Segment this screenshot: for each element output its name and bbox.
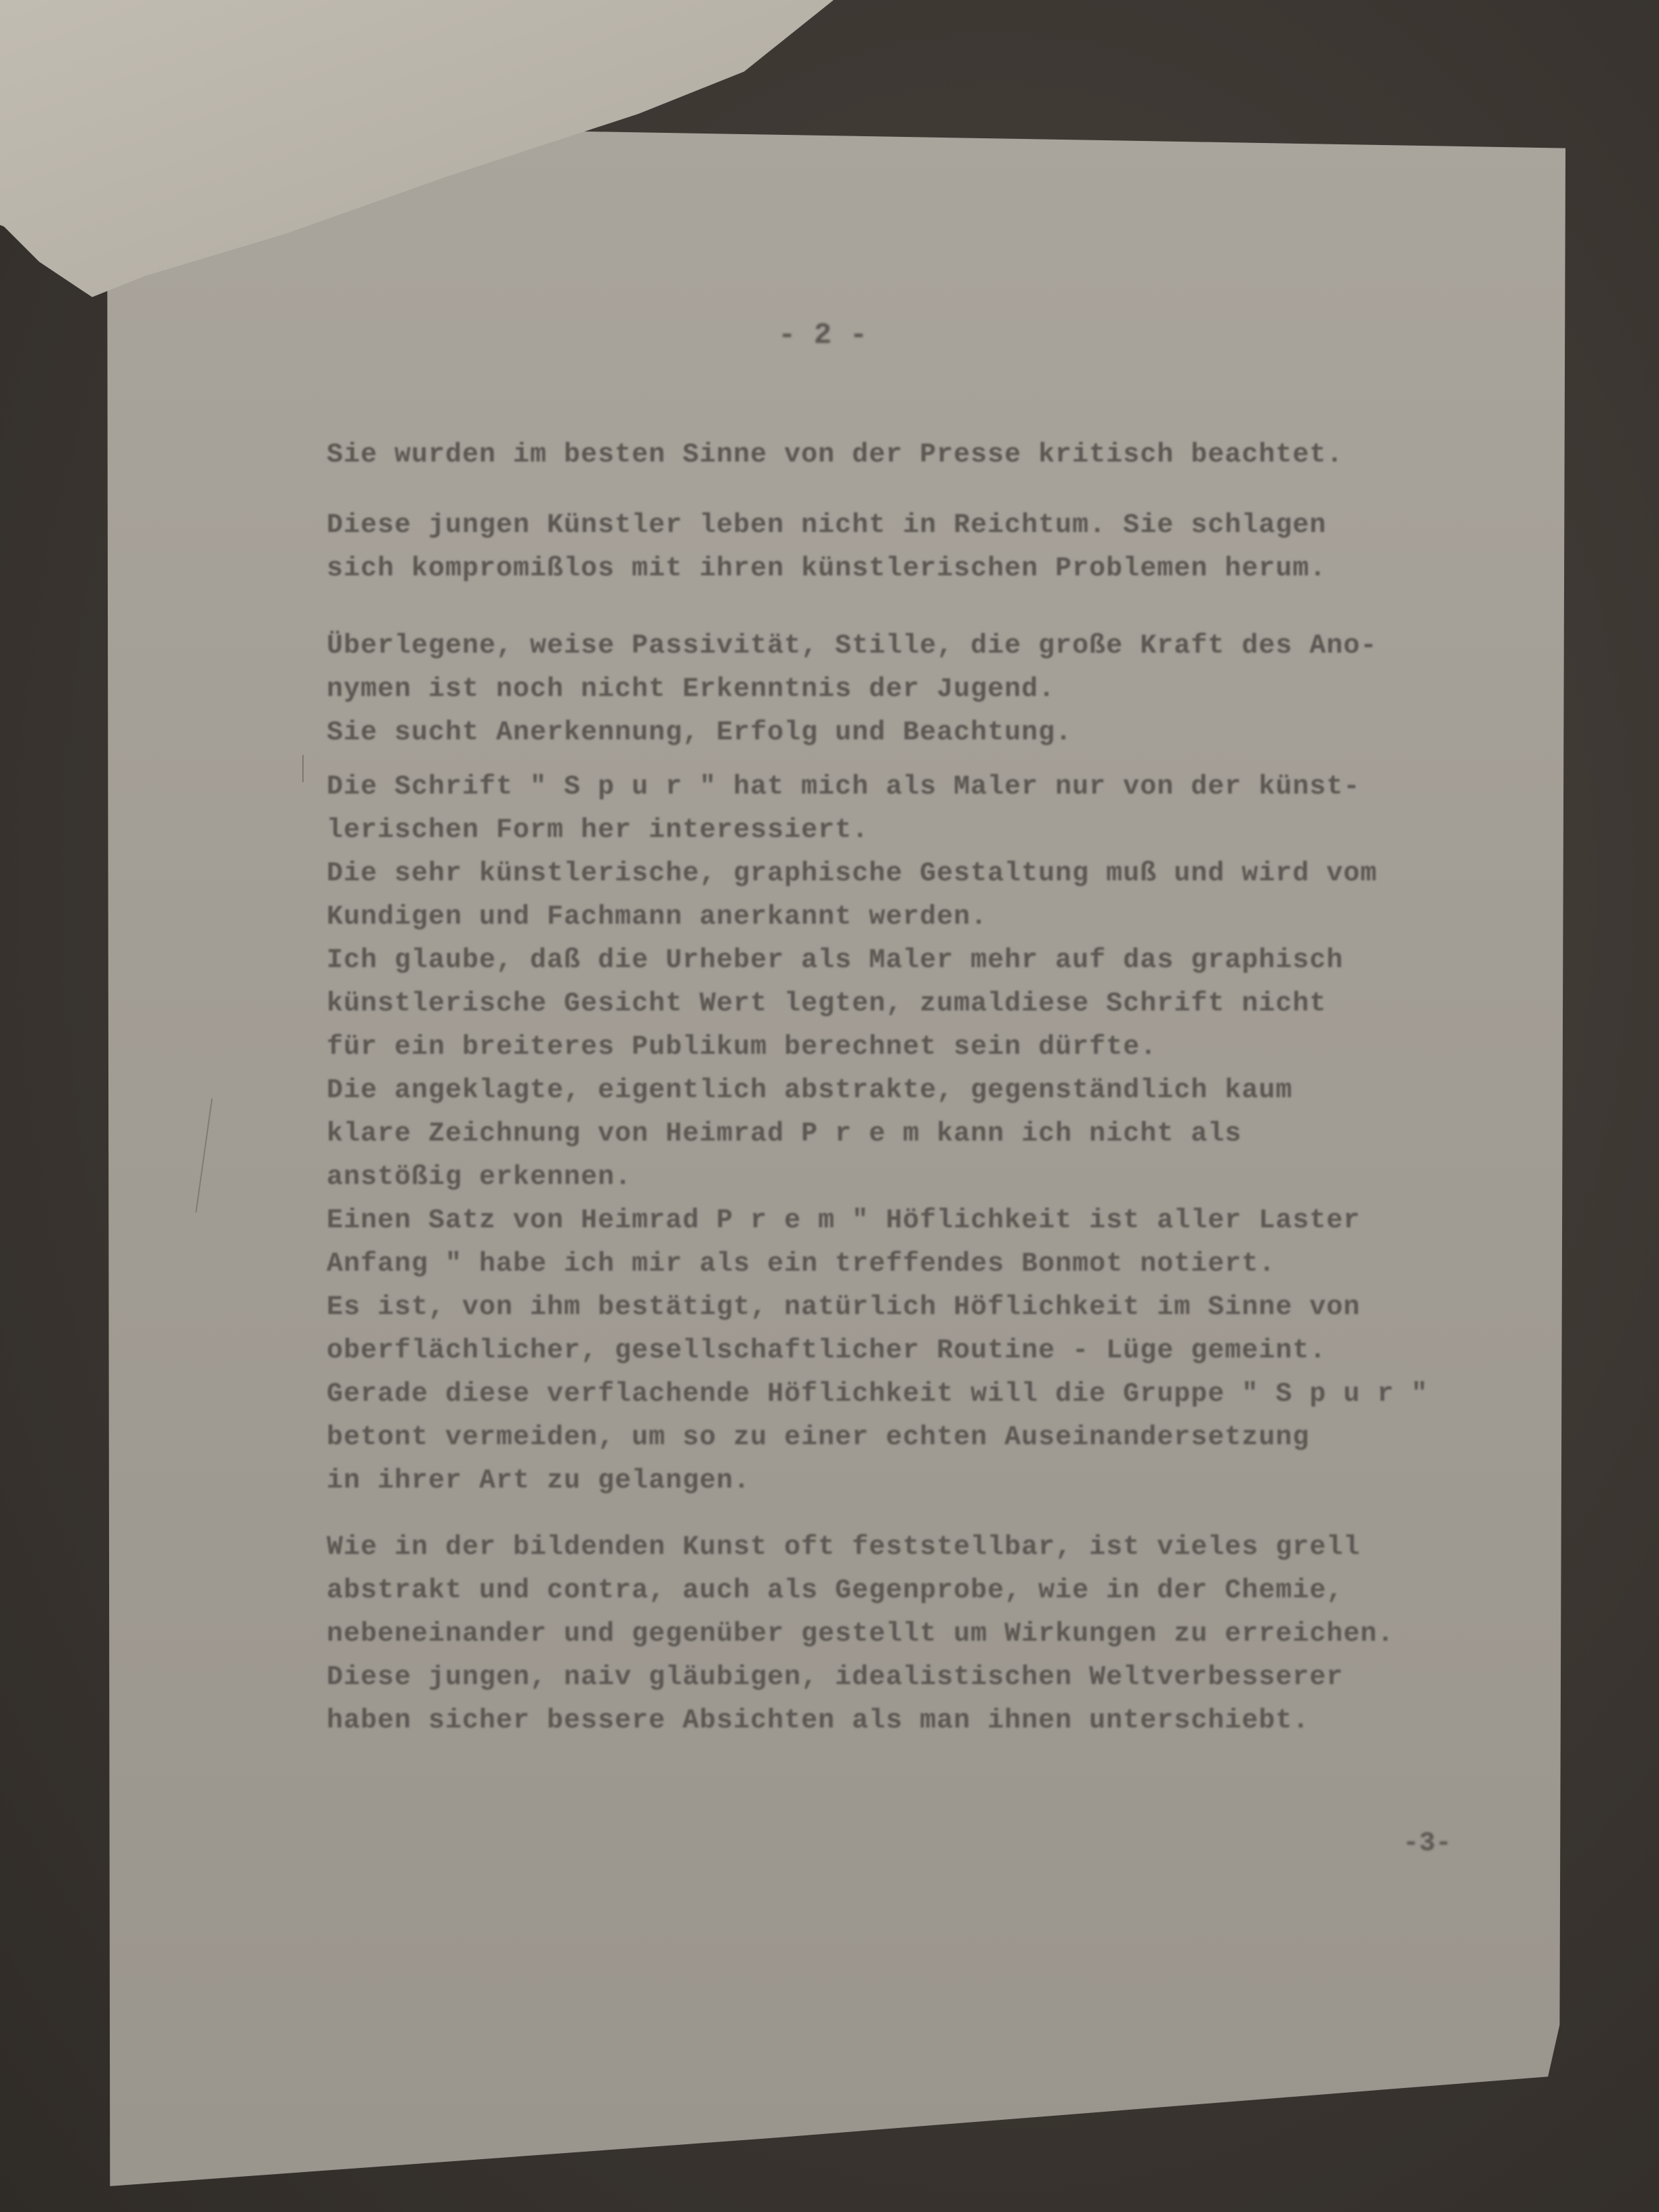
text-line: abstrakt und contra, auch als Gegenprobe… [327, 1570, 1394, 1613]
text-line: Kundigen und Fachmann anerkannt werden. [327, 896, 1428, 939]
text-line: oberflächlicher, gesellschaftlicher Rout… [327, 1330, 1428, 1373]
paragraph-1: Sie wurden im besten Sinne von der Press… [327, 434, 1343, 477]
text-line: sich kompromißlos mit ihren künstlerisch… [327, 548, 1326, 591]
text-line: für ein breiteres Publikum berechnet sei… [327, 1026, 1428, 1069]
paragraph-3: Überlegene, weise Passivität, Stille, di… [327, 625, 1377, 755]
text-line: Diese jungen, naiv gläubigen, idealistis… [327, 1656, 1394, 1700]
continuation-marker: -3- [1403, 1828, 1452, 1859]
text-line: nymen ist noch nicht Erkenntnis der Juge… [327, 668, 1377, 712]
text-line: künstlerische Gesicht Wert legten, zumal… [327, 983, 1428, 1026]
pencil-margin-mark [302, 755, 304, 782]
text-line: Sie wurden im besten Sinne von der Press… [327, 434, 1343, 477]
text-line: nebeneinander und gegenüber gestellt um … [327, 1613, 1394, 1656]
paragraph-4: Die Schrift " S p u r " hat mich als Mal… [327, 766, 1428, 1503]
text-line: Die sehr künstlerische, graphische Gesta… [327, 853, 1428, 896]
text-line: Gerade diese verflachende Höflichkeit wi… [327, 1373, 1428, 1416]
text-line: Ich glaube, daß die Urheber als Maler me… [327, 939, 1428, 983]
text-line: Wie in der bildenden Kunst oft feststell… [327, 1526, 1394, 1570]
text-line: in ihrer Art zu gelangen. [327, 1460, 1428, 1503]
paragraph-2: Diese jungen Künstler leben nicht in Rei… [327, 504, 1326, 591]
text-line: Sie sucht Anerkennung, Erfolg und Beacht… [327, 712, 1377, 755]
text-line: anstößig erkennen. [327, 1156, 1428, 1200]
text-line: klare Zeichnung von Heimrad P r e m kann… [327, 1113, 1428, 1156]
paragraph-5: Wie in der bildenden Kunst oft feststell… [327, 1526, 1394, 1743]
text-line: Überlegene, weise Passivität, Stille, di… [327, 625, 1377, 668]
text-line: Die Schrift " S p u r " hat mich als Mal… [327, 766, 1428, 809]
text-line: Einen Satz von Heimrad P r e m " Höflich… [327, 1200, 1428, 1243]
text-line: Anfang " habe ich mir als ein treffendes… [327, 1243, 1428, 1286]
page-number: - 2 - [778, 319, 867, 352]
text-line: lerischen Form her interessiert. [327, 809, 1428, 853]
text-line: betont vermeiden, um so zu einer echten … [327, 1416, 1428, 1460]
text-line: Diese jungen Künstler leben nicht in Rei… [327, 504, 1326, 548]
text-line: haben sicher bessere Absichten als man i… [327, 1700, 1394, 1743]
text-line: Es ist, von ihm bestätigt, natürlich Höf… [327, 1286, 1428, 1330]
text-line: Die angeklagte, eigentlich abstrakte, ge… [327, 1069, 1428, 1113]
